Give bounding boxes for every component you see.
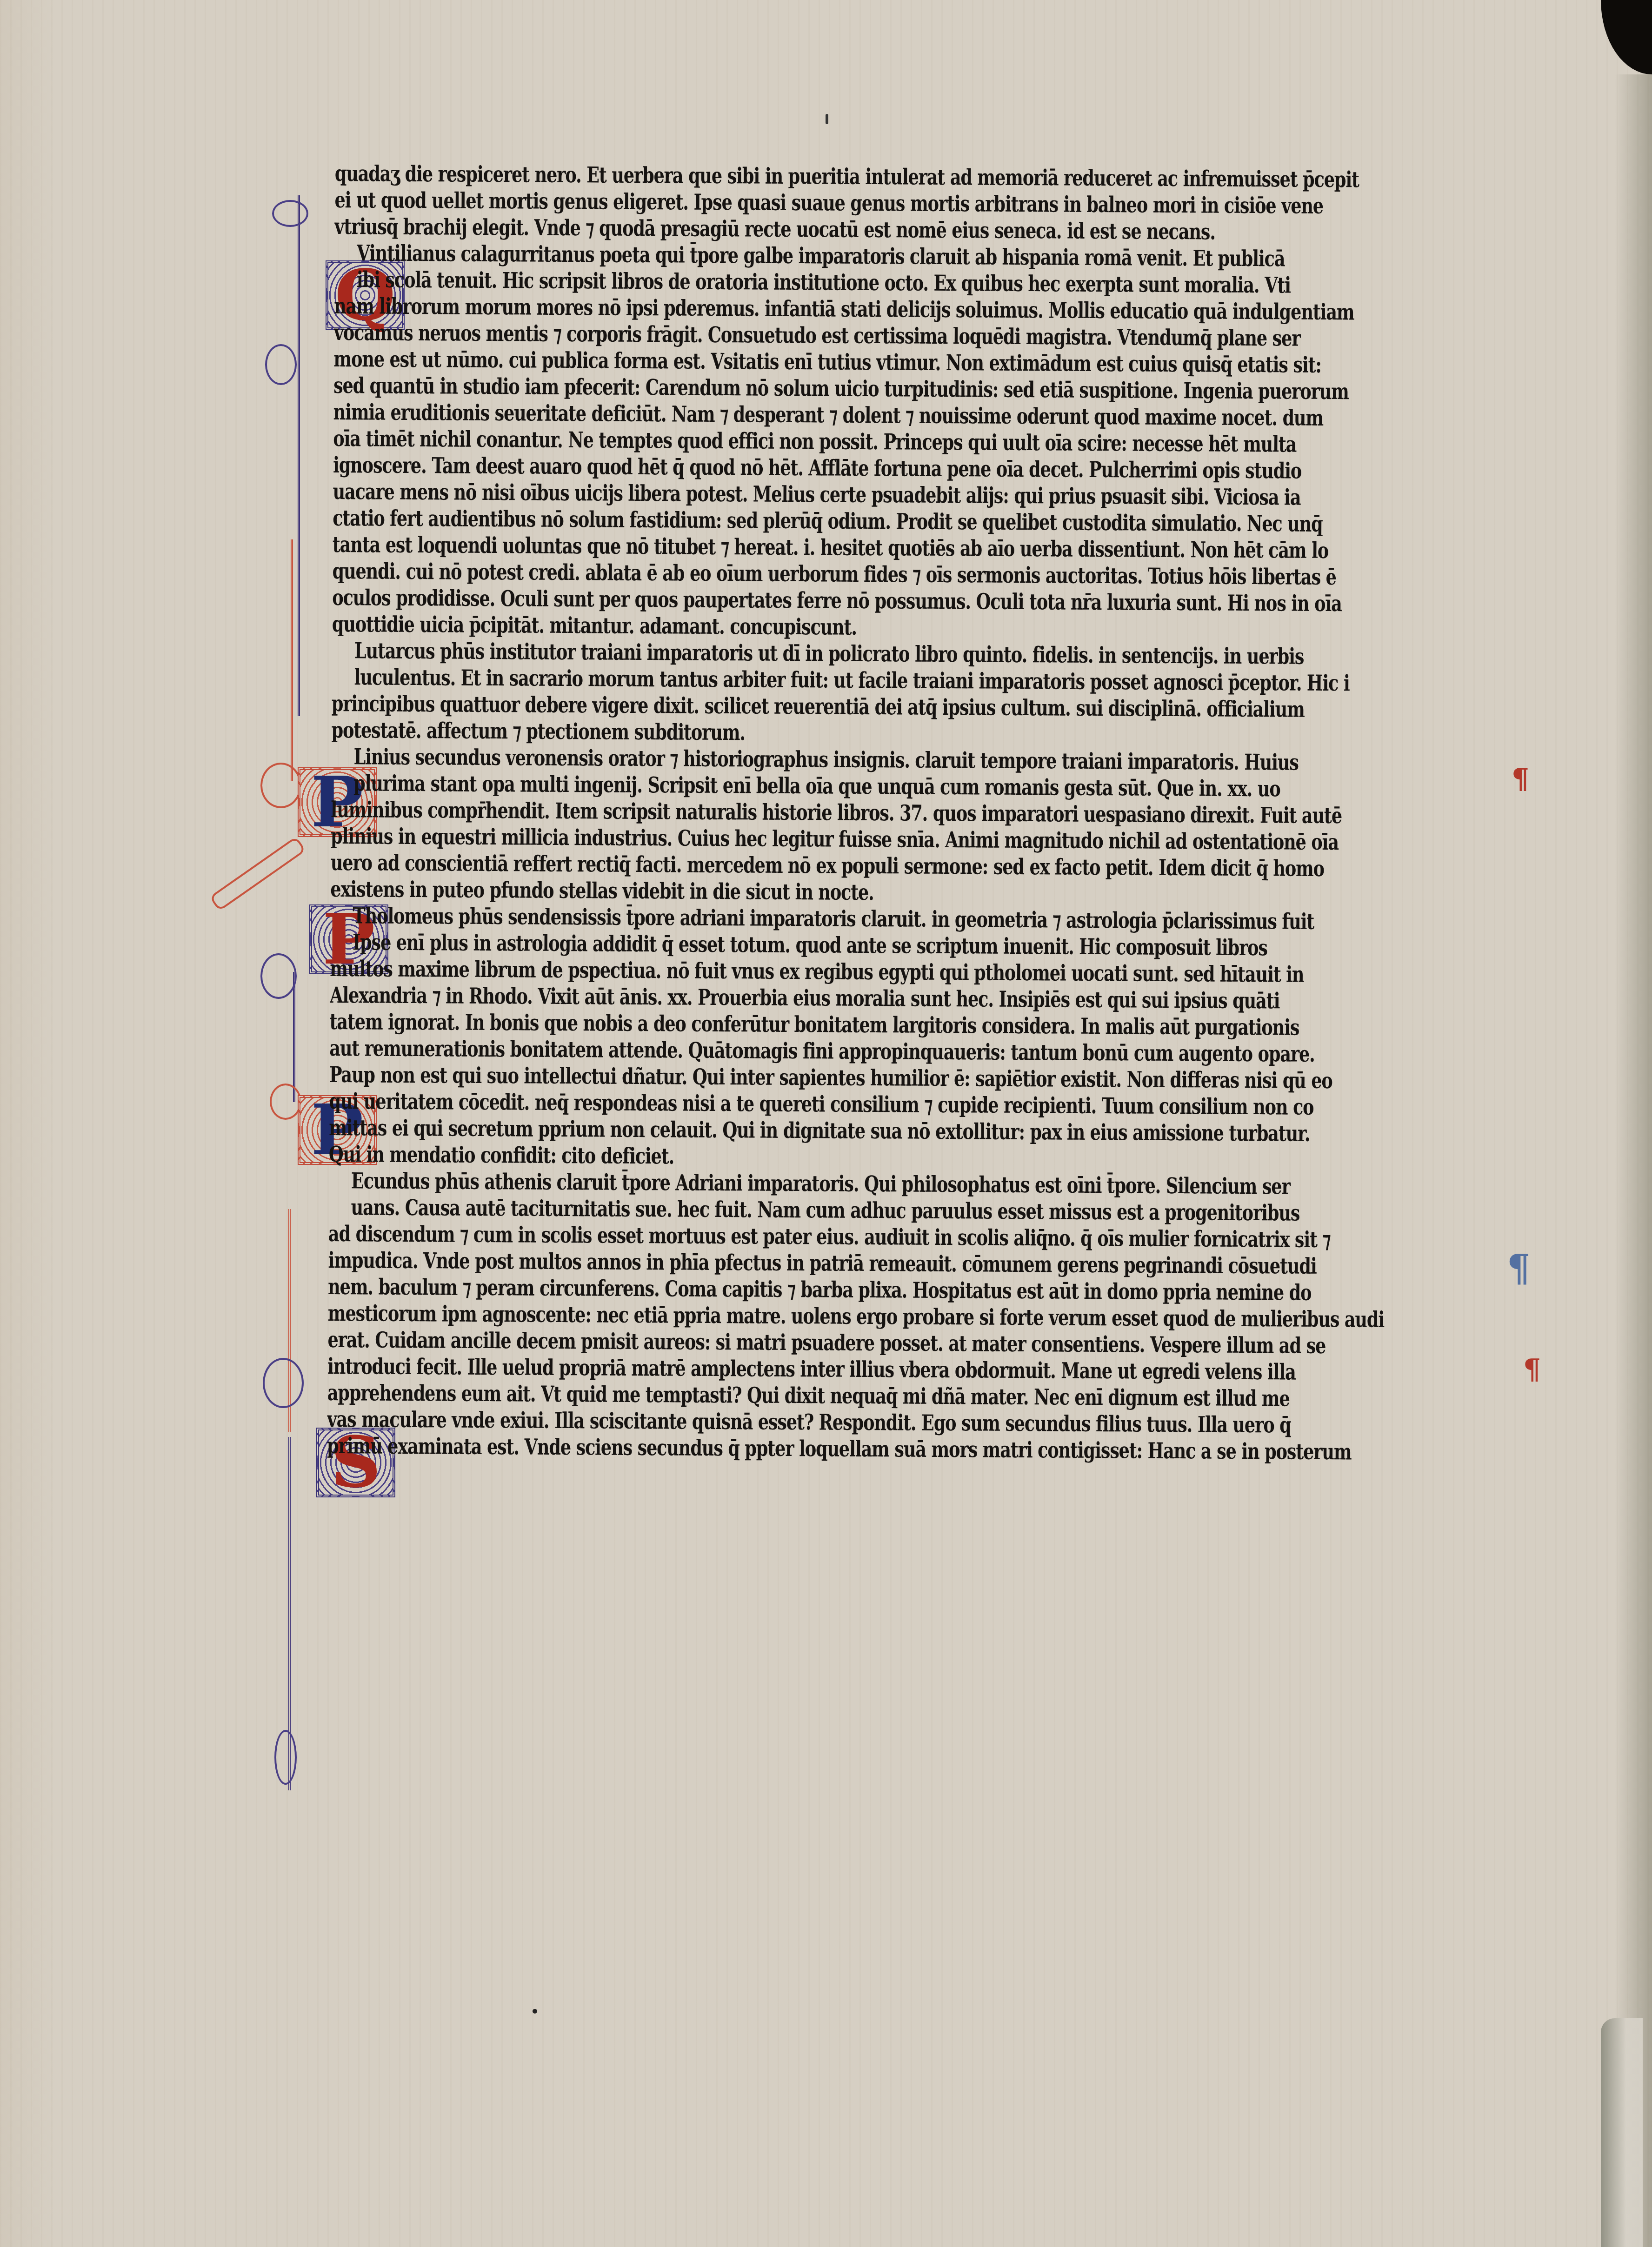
- penwork-flourish-red: [291, 539, 300, 781]
- page-edge-shadow: [1615, 74, 1652, 2247]
- manuscript-page: Q P P P S ¶ ¶ ¶ quadaʒ die respiceret ne…: [0, 0, 1652, 2247]
- penwork-scroll: [265, 344, 297, 385]
- ink-speck: [826, 114, 828, 124]
- penwork-scroll: [270, 1084, 301, 1120]
- penwork-scroll: [260, 953, 297, 999]
- penwork-spray: [209, 836, 306, 911]
- penwork-scroll: [274, 1730, 297, 1785]
- scan-background-corner: [1601, 0, 1652, 74]
- penwork-scroll: [272, 200, 308, 227]
- page-edge-tear: [1601, 2018, 1643, 2247]
- main-text-column: quadaʒ die respiceret nero. Et uerbera q…: [327, 160, 1544, 1493]
- penwork-flourish-purple: [293, 972, 302, 1102]
- penwork-scroll: [263, 1358, 304, 1408]
- ink-dot: [533, 2009, 537, 2014]
- penwork-scroll: [260, 763, 301, 808]
